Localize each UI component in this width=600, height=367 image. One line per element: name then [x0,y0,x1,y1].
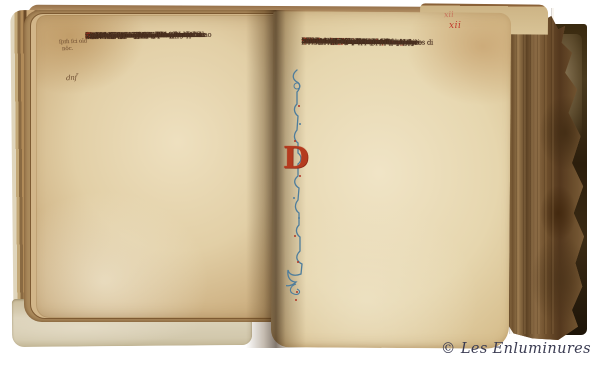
margin-note: dnſ̃ [66,75,77,82]
pen-flourish-decoration [286,66,312,306]
right-page-text: cos unſiur in cū nõ naloneos capeveſpī. … [298,36,463,284]
margin-note: nōc. [62,46,73,53]
margin-note: ſpm̃ ſci oīd [59,39,87,46]
manuscript-photo: ſpm̃ ſci oīd nōc. dnſ̃ Dum cince ſi amic… [0,0,600,367]
folio-number: xii [449,21,461,31]
text-segment: uicta ramīg puia lepi [85,30,150,41]
decorated-initial: D [283,144,309,174]
copyright-credit: © Les Enluminures [441,341,591,357]
left-page-text: Dum cince ſi amicis cordibo. CAN. nõſp. … [85,29,243,262]
folio-number-behind: xii [444,10,454,19]
text-segment: · [302,36,304,47]
text-segment: cuui ao pſſiōe opirei. Jo. xiii [302,36,390,48]
